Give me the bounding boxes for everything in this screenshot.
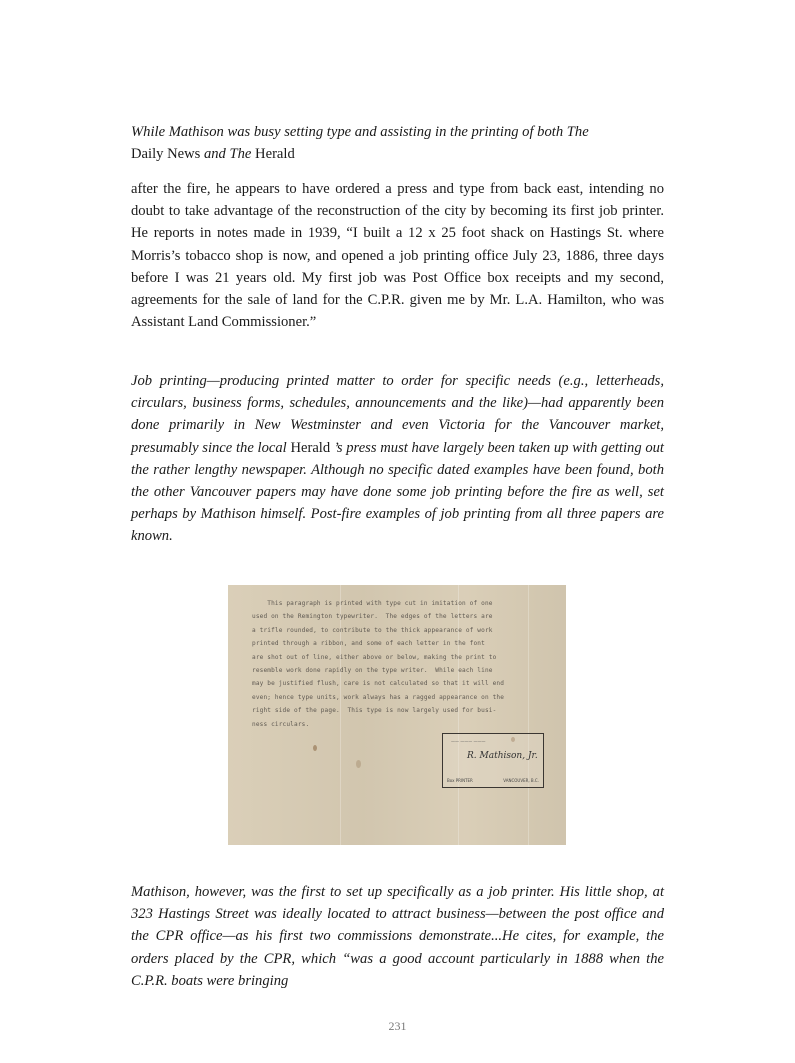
intro-text: While Mathison was busy setting type and… xyxy=(131,124,589,140)
title-herald-inline: Herald xyxy=(290,440,330,456)
stain-spot xyxy=(356,760,361,768)
card-name: R. Mathison, Jr. xyxy=(467,751,538,761)
paragraph-first-job-printer: Mathison, however, was the first to set … xyxy=(131,881,664,992)
paragraph-job-printing: Job printing—producing printed matter to… xyxy=(131,370,664,548)
typewriter-specimen-image: This paragraph is printed with type cut … xyxy=(228,585,566,845)
card-bottom-left: Box PRINTER xyxy=(447,778,473,783)
stain-spot xyxy=(313,745,317,751)
page-number: 231 xyxy=(0,1019,795,1034)
document-page: While Mathison was busy setting type and… xyxy=(0,0,795,1063)
business-card: —— ——— ——— R. Mathison, Jr. Box PRINTER … xyxy=(442,733,544,788)
card-bottom-right: VANCOUVER, B.C. xyxy=(503,778,539,783)
intro-connector: and The xyxy=(200,146,255,162)
title-herald: Herald xyxy=(255,146,295,162)
typed-specimen-text: This paragraph is printed with type cut … xyxy=(252,597,552,731)
paragraph-intro-heading: While Mathison was busy setting type and… xyxy=(131,121,664,165)
card-top-line: —— ——— ——— xyxy=(451,739,486,744)
paragraph-after-fire: after the fire, he appears to have order… xyxy=(131,178,664,333)
title-daily-news: Daily News xyxy=(131,146,200,162)
